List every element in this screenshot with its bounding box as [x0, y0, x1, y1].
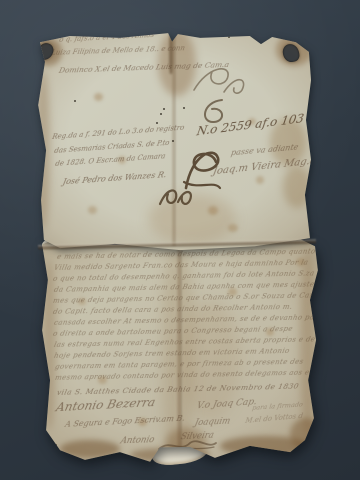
manuscript-photo: o q. fafs.o a el 4 dos Annos Luiza Filip… — [0, 0, 360, 480]
paper-vignette — [30, 26, 320, 254]
ink-speck — [246, 34, 248, 36]
